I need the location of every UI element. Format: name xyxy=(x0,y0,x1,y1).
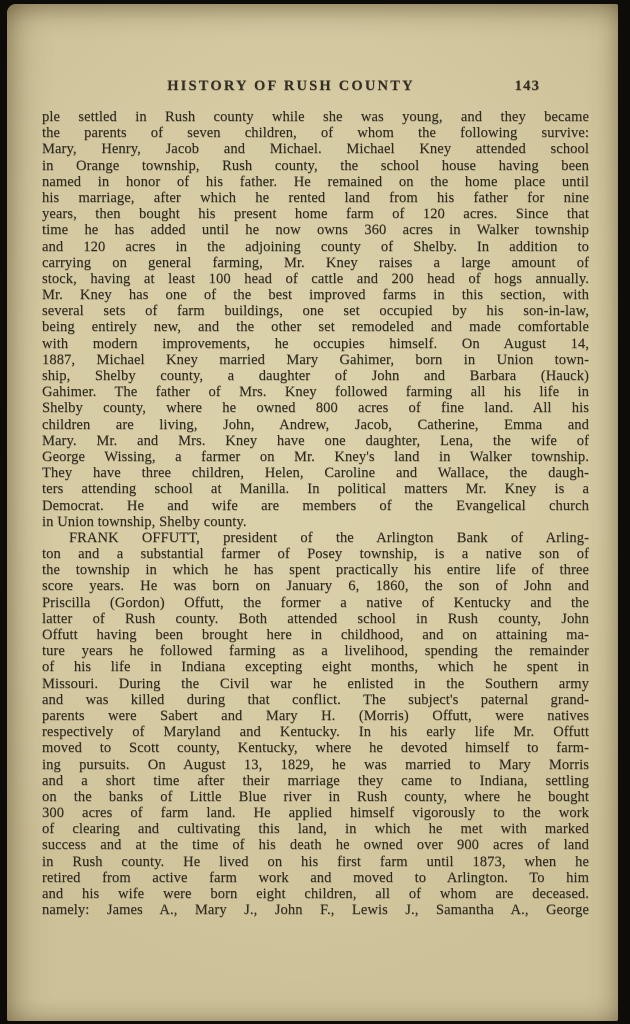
text-line: several sets of farm buildings, one set … xyxy=(42,303,589,319)
text-line: children are living, John, Andrew, Jacob… xyxy=(42,417,589,433)
text-line: time he has added until he now owns 360 … xyxy=(42,222,589,238)
text-line: Mary. Mr. and Mrs. Kney have one daughte… xyxy=(42,433,589,449)
text-line: named in honor of his father. He remaine… xyxy=(42,174,589,190)
text-line: his marriage, after which he rented land… xyxy=(42,190,589,206)
text-line: stock, having at least 100 head of cattl… xyxy=(42,271,589,287)
text-line: respectively of Maryland and Kentucky. I… xyxy=(42,724,589,740)
text-line: 1887, Michael Kney married Mary Gahimer,… xyxy=(42,352,589,368)
text-line: in Union township, Shelby county. xyxy=(42,514,589,530)
text-line: and a short time after their marriage th… xyxy=(42,773,589,789)
text-line: ture years he followed farming as a live… xyxy=(42,643,589,659)
text-line: retired from active farm work and moved … xyxy=(42,870,589,886)
text-line: and his wife were born eight children, a… xyxy=(42,886,589,902)
text-line: George Wissing, a farmer on Mr. Kney's l… xyxy=(42,449,589,465)
text-line: Priscilla (Gordon) Offutt, the former a … xyxy=(42,595,589,611)
text-line: carrying on general farming, Mr. Kney ra… xyxy=(42,255,589,271)
text-line: moved to Scott county, Kentucky, where h… xyxy=(42,740,589,756)
text-line: and 120 acres in the adjoining county of… xyxy=(42,239,589,255)
text-line: score years. He was born on January 6, 1… xyxy=(42,578,589,594)
text-line: Gahimer. The father of Mrs. Kney followe… xyxy=(42,384,589,400)
text-line: with modern improvements, he occupies hi… xyxy=(42,336,589,352)
text-line: ton and a substantial farmer of Posey to… xyxy=(42,546,589,562)
text-line: ing pursuits. On August 13, 1829, he was… xyxy=(42,757,589,773)
text-line: Democrat. He and wife are members of the… xyxy=(42,498,589,514)
text-block: ple settled in Rush county while she was… xyxy=(42,109,589,918)
page-number: 143 xyxy=(440,78,540,95)
text-line: and was killed during that conflict. The… xyxy=(42,692,589,708)
text-line: ship, Shelby county, a daughter of John … xyxy=(42,368,589,384)
text-line: in Rush county. He lived on his first fa… xyxy=(42,854,589,870)
text-line: on the banks of Little Blue river in Rus… xyxy=(42,789,589,805)
text-line: being entirely new, and the other set re… xyxy=(42,319,589,335)
text-line: ple settled in Rush county while she was… xyxy=(42,109,589,125)
text-line: the parents of seven children, of whom t… xyxy=(42,125,589,141)
text-line: parents were Sabert and Mary H. (Morris)… xyxy=(42,708,589,724)
text-line: of clearing and cultivating this land, i… xyxy=(42,821,589,837)
text-line: Mr. Kney has one of the best improved fa… xyxy=(42,287,589,303)
text-line: success and at the time of his death he … xyxy=(42,837,589,853)
text-line: the township in which he has spent pract… xyxy=(42,562,589,578)
text-line: latter of Rush county. Both attended sch… xyxy=(42,611,589,627)
text-line: FRANK OFFUTT, president of the Arlington… xyxy=(42,530,589,546)
text-line: Missouri. During the Civil war he enlist… xyxy=(42,676,589,692)
text-line: 300 acres of farm land. He applied himse… xyxy=(42,805,589,821)
text-line: Offutt having been brought here in child… xyxy=(42,627,589,643)
text-line: in Orange township, Rush county, the sch… xyxy=(42,158,589,174)
scanned-book-page: HISTORY OF RUSH COUNTY 143 ple settled i… xyxy=(0,0,630,1024)
text-line: of his life in Indiana excepting eight m… xyxy=(42,659,589,675)
book-page-paper: HISTORY OF RUSH COUNTY 143 ple settled i… xyxy=(7,4,618,1021)
text-line: Mary, Henry, Jacob and Michael. Michael … xyxy=(42,141,589,157)
text-line: namely: James A., Mary J., John F., Lewi… xyxy=(42,902,589,918)
text-line: Shelby county, where he owned 800 acres … xyxy=(42,400,589,416)
text-line: They have three children, Helen, Carolin… xyxy=(42,465,589,481)
text-line: ters attending school at Manilla. In pol… xyxy=(42,481,589,497)
text-line: years, then bought his present home farm… xyxy=(42,206,589,222)
